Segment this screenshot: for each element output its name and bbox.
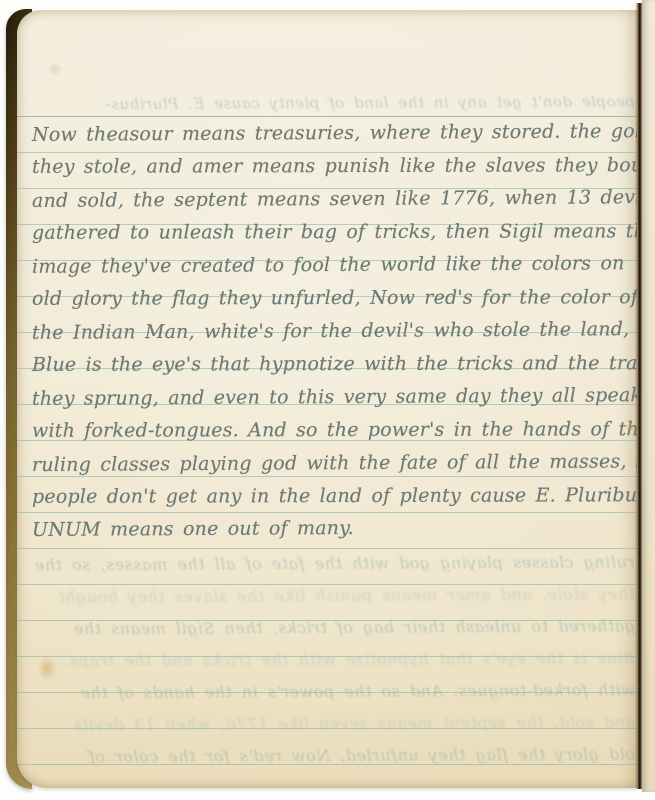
paper-stain (627, 424, 634, 431)
handwriting-line: they sprung, and even to this very same … (32, 385, 637, 410)
handwriting-line: old glory the flag they unfurled, Now re… (32, 287, 637, 309)
ghost-line: and sold, the septent means seven like 1… (23, 714, 635, 733)
handwriting-line: Now theasour means treasuries, where the… (32, 121, 637, 146)
handwriting-line: Blue is the eye's that hypnotize with th… (32, 353, 637, 376)
handwriting-line: and sold, the septent means seven like 1… (32, 187, 637, 212)
ghost-line: old glory the flag they unfurled, Now re… (23, 746, 635, 765)
adjacent-page-edge (642, 0, 655, 792)
page-gutter (635, 3, 642, 789)
paper-stain (47, 62, 63, 76)
ghost-line: ruling classes playing god with the fate… (23, 554, 635, 573)
ghost-line: with forked-tongues. And so the power's … (23, 682, 635, 701)
handwriting-line: the Indian Man, white's for the devil's … (32, 319, 629, 344)
ghost-line: gathered to unleash their bag of tricks,… (23, 618, 635, 637)
ghost-line: they stole, and amer means punish like t… (23, 586, 635, 605)
handwriting-line: UNUM means one out of many. (32, 518, 354, 541)
ghost-line: Blue is the eye's that hypnotize with th… (23, 650, 635, 669)
handwriting-line: people don't get any in the land of plen… (32, 485, 637, 508)
handwritten-text: Now theasour means treasuries, where the… (17, 10, 637, 788)
notebook-scan: Now theasour means treasuries, where the… (0, 0, 655, 800)
handwriting-line: image they've created to fool the world … (32, 253, 625, 278)
ghost-line: people don't get any in the land of plen… (23, 94, 635, 112)
handwriting-line: gathered to unleash their bag of tricks,… (32, 221, 637, 244)
handwriting-line: with forked-tongues. And so the power's … (32, 419, 637, 442)
handwriting-line: ruling classes playing god with the fate… (32, 451, 637, 476)
handwriting-line: they stole, and amer means punish like t… (32, 155, 637, 178)
notebook-page: Now theasour means treasuries, where the… (17, 10, 637, 788)
